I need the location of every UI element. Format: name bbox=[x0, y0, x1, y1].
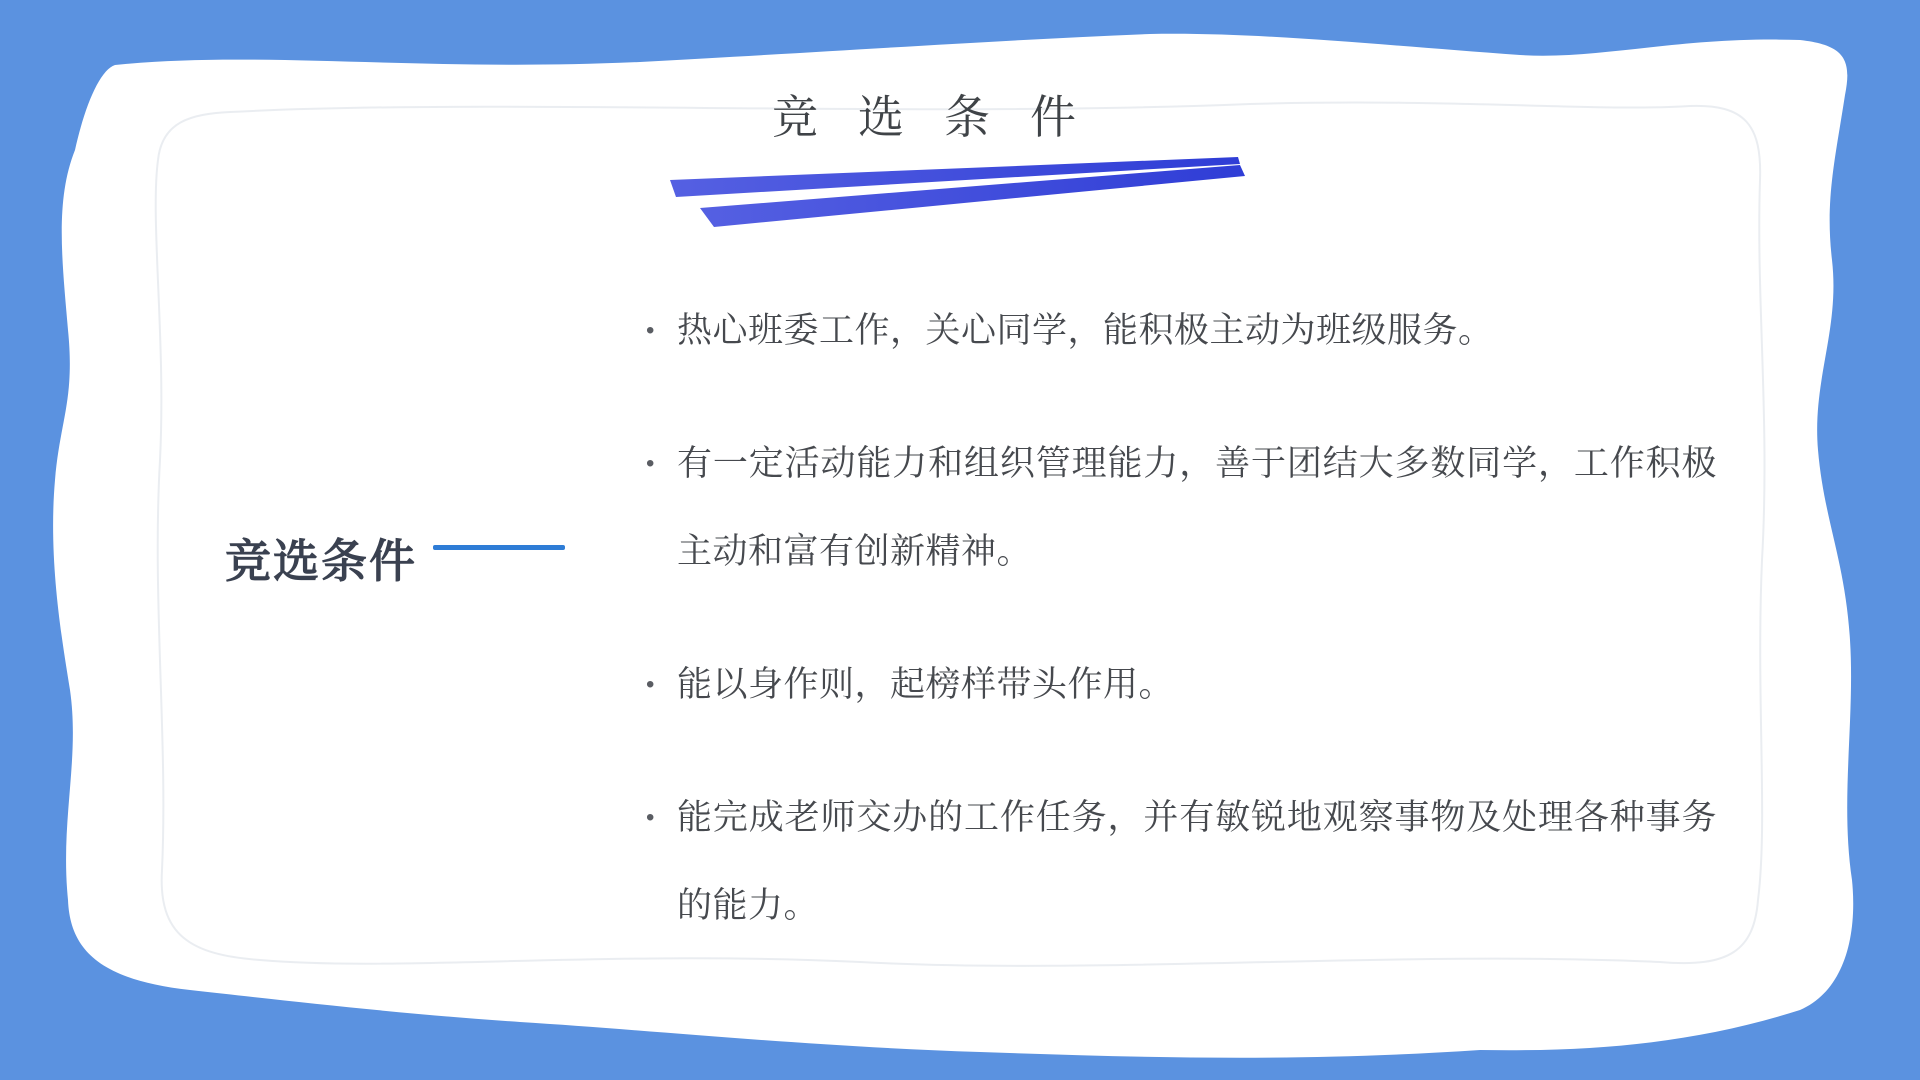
bullet-dot-icon: • bbox=[646, 420, 677, 508]
section-heading-row: 竞选条件 bbox=[225, 531, 565, 591]
bullet-text: 能以身作则，起榜样带头作用。 bbox=[677, 641, 1717, 729]
list-item: • 有一定活动能力和组织管理能力，善于团结大多数同学，工作积极主动和富有创新精神… bbox=[646, 420, 1721, 596]
list-item: • 能以身作则，起榜样带头作用。 bbox=[646, 641, 1721, 729]
list-item: • 能完成老师交办的工作任务，并有敏锐地观察事物及处理各种事务的能力。 bbox=[646, 774, 1721, 950]
section-heading: 竞选条件 bbox=[225, 531, 417, 591]
bullet-list: • 热心班委工作，关心同学，能积极主动为班级服务。 • 有一定活动能力和组织管理… bbox=[646, 287, 1721, 995]
slide-title: 竞选条件 bbox=[772, 86, 1116, 150]
heading-divider-line bbox=[433, 545, 565, 550]
bullet-text: 能完成老师交办的工作任务，并有敏锐地观察事物及处理各种事务的能力。 bbox=[677, 774, 1717, 950]
list-item: • 热心班委工作，关心同学，能积极主动为班级服务。 bbox=[646, 287, 1721, 375]
bullet-text: 有一定活动能力和组织管理能力，善于团结大多数同学，工作积极主动和富有创新精神。 bbox=[677, 420, 1717, 596]
bullet-text: 热心班委工作，关心同学，能积极主动为班级服务。 bbox=[677, 287, 1717, 375]
presentation-slide: 竞选条件 竞选条件 • 热心班委工作，关心同学，能积极主动为班级服务。 • 有一… bbox=[0, 0, 1920, 1080]
bullet-dot-icon: • bbox=[646, 641, 677, 729]
bullet-dot-icon: • bbox=[646, 287, 677, 375]
bullet-dot-icon: • bbox=[646, 774, 677, 862]
